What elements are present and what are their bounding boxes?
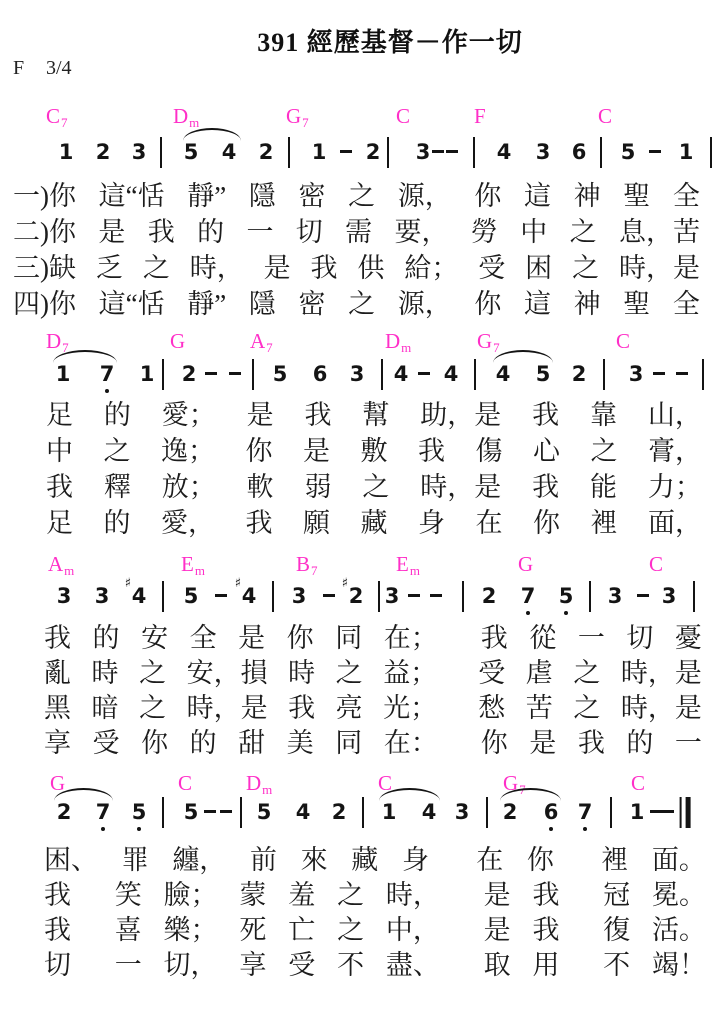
lyric-cell: 美 [287, 728, 314, 758]
lyric-cell: 同 [335, 623, 362, 653]
lyric-cell: 之 [573, 658, 600, 688]
sharp-accidental-icon: ♯ [125, 577, 131, 590]
lyric-cell: 享 [44, 728, 71, 758]
chord-quality: 7 [493, 340, 500, 355]
chord-root: D [246, 771, 261, 795]
octave-dot [564, 611, 568, 615]
lyric-row: 四)你這“恬靜”隱密之源，你這神聖全 [13, 289, 700, 319]
lyric-cell: 二)你 [13, 217, 76, 247]
lyric-cell: 我 [246, 508, 273, 538]
lyric-cell: 不 [603, 950, 630, 980]
lyric-cell: 身 [402, 845, 429, 875]
lyric-cell: 甜 [238, 728, 265, 758]
chord-symbol: C7 [46, 105, 68, 130]
lyric-cell: 願 [303, 508, 330, 538]
octave-dot [101, 827, 105, 831]
chord-quality: m [189, 115, 199, 130]
lyric-row: 中之逸；你是敷我傷心之膏， [46, 436, 702, 466]
note-extension-dash [653, 372, 665, 375]
note-extension-dash [323, 594, 335, 597]
lyric-cell: 切 [626, 623, 653, 653]
note-digit: 5 [132, 800, 147, 824]
lyric-cell: 隱 [249, 181, 276, 211]
lyric-cell: 我 [532, 472, 559, 502]
note-digit: 3 [629, 362, 644, 386]
bar-line [462, 581, 464, 612]
lyric-cell: 我 [148, 217, 175, 247]
note-digit: 2 [96, 140, 111, 164]
chord-root: C [46, 104, 60, 128]
lyric-row: 亂時之安，損時之益；受虐之時，是 [44, 658, 702, 688]
note-digit: 3 [292, 584, 307, 608]
lyric-cell: 愛； [162, 400, 216, 430]
lyric-cell: 三)缺 [13, 253, 76, 283]
lyric-cell: 羞 [288, 880, 315, 910]
chord-root: G [286, 104, 301, 128]
chord-root: A [250, 329, 265, 353]
note-digit: 5 [273, 362, 288, 386]
lyric-row: 三)缺乏之時，是我供給；受困之時，是 [13, 253, 700, 283]
note-digit: 5 [536, 362, 551, 386]
chord-symbol: Em [396, 553, 420, 578]
lyric-cell: 靜” [187, 181, 226, 211]
note-digit: 6 [544, 800, 559, 824]
lyric-cell: 冕。 [652, 880, 706, 910]
lyric-cell: 不 [337, 950, 364, 980]
chord-root: D [46, 329, 61, 353]
lyric-cell: 我 [532, 915, 559, 945]
note-digit: 1 [59, 140, 74, 164]
lyric-cell: 之 [591, 436, 618, 466]
lyric-cell: 時，是 [619, 253, 700, 283]
lyric-row: 足的愛，我願藏身在你裡面， [46, 508, 702, 538]
chord-quality: 7 [61, 115, 68, 130]
lyric-cell: 全 [673, 181, 700, 211]
lyric-cell: 樂； [164, 915, 218, 945]
chord-symbol: A7 [250, 330, 273, 355]
note-extension-dash [676, 372, 688, 375]
chord-root: C [598, 104, 612, 128]
lyric-row: 切一切，享受不盡、取用不竭！ [44, 950, 706, 980]
lyric-cell: 我 [44, 880, 71, 910]
time-signature: 3/4 [46, 57, 72, 80]
lyric-cell: 在 [476, 508, 503, 538]
lyric-cell: 切 [44, 950, 71, 980]
chord-quality: m [401, 340, 411, 355]
lyric-cell: 藏 [351, 845, 378, 875]
lyric-cell: 時，是 [621, 693, 702, 723]
bar-line [240, 797, 242, 828]
bar-line [603, 359, 605, 390]
lyric-cell: 需 [345, 217, 372, 247]
chord-symbol: Dm [385, 330, 411, 355]
lyric-cell: 能 [590, 472, 617, 502]
chord-symbol: G7 [286, 105, 309, 130]
chord-symbol: Dm [173, 105, 199, 130]
lyric-cell: 是 [484, 880, 511, 910]
lyric-cell: 源， [398, 181, 452, 211]
note-digit: 4 [444, 362, 459, 386]
lyric-cell: 乏 [96, 253, 123, 283]
lyric-cell: 是 [303, 436, 330, 466]
lyric-cell: 的 [93, 623, 120, 653]
lyric-cell: 我 [305, 400, 332, 430]
lyric-cell: 這 [524, 289, 551, 319]
note-digit: 2 [572, 362, 587, 386]
lyric-cell: 的 [197, 217, 224, 247]
chord-root: C [631, 771, 645, 795]
lyric-cell: 你 [533, 508, 560, 538]
lyric-cell: 的 [190, 728, 217, 758]
lyric-cell: 復 [603, 915, 630, 945]
bar-line [693, 581, 695, 612]
bar-line [252, 359, 254, 390]
chord-root: B [296, 552, 310, 576]
lyric-cell: 我 [532, 880, 559, 910]
note-digit: 1 [56, 362, 71, 386]
lyric-cell: 全 [190, 623, 217, 653]
lyric-cell: 面， [648, 508, 702, 538]
lyric-cell: 密 [298, 181, 325, 211]
octave-dot [549, 827, 553, 831]
lyric-cell: 我 [418, 436, 445, 466]
chord-quality: m [195, 563, 205, 578]
lyric-cell: 我 [481, 623, 508, 653]
lyric-cell: 一 [246, 217, 273, 247]
lyric-cell: 困、 [44, 845, 98, 875]
chord-symbol: G [518, 553, 533, 575]
lyric-cell: 虐 [526, 658, 553, 688]
note-digit: 3 [57, 584, 72, 608]
bar-line [162, 797, 164, 828]
lyric-cell: 中 [46, 436, 73, 466]
note-digit: 7 [96, 800, 111, 824]
chord-root: D [385, 329, 400, 353]
chord-quality: m [262, 782, 272, 797]
lyric-cell: 之 [572, 253, 599, 283]
lyric-cell: 聖 [623, 181, 650, 211]
lyric-cell: 之 [143, 253, 170, 283]
lyric-cell: 聖 [623, 289, 650, 319]
lyric-cell: 我 [44, 623, 71, 653]
lyric-cell: 在； [384, 623, 438, 653]
lyric-cell: 四)你 [13, 289, 76, 319]
lyric-cell: 一 [675, 728, 702, 758]
lyric-cell: 享 [239, 950, 266, 980]
lyric-row: 黑暗之時，是我亮光；愁苦之時，是 [44, 693, 702, 723]
chord-root: C [649, 552, 663, 576]
lyric-cell: 在 [476, 845, 503, 875]
note-digit: 4 [296, 800, 311, 824]
lyric-cell: 纏， [172, 845, 226, 875]
lyric-cell: 勞 [471, 217, 498, 247]
note-extension-dash [650, 810, 662, 813]
chord-symbol: Dm [246, 772, 272, 797]
lyric-cell: 心 [533, 436, 560, 466]
bar-line [589, 581, 591, 612]
lyric-cell: 時，是 [420, 472, 501, 502]
lyric-row: 我笑臉；蒙羞之時，是我冠冕。 [44, 880, 706, 910]
note-extension-dash [408, 594, 420, 597]
octave-dot [105, 389, 109, 393]
lyric-cell: 你 [287, 623, 314, 653]
lyric-cell: 前 [250, 845, 277, 875]
lyric-cell: 是 [529, 728, 556, 758]
lyric-cell: 受 [478, 253, 505, 283]
lyric-cell: 中 [520, 217, 547, 247]
lyric-cell: 一 [578, 623, 605, 653]
chord-symbol: C [616, 330, 630, 352]
note-digit: 2 [482, 584, 497, 608]
lyric-row: 一)你這“恬靜”隱密之源，你這神聖全 [13, 181, 700, 211]
chord-root: G [477, 329, 492, 353]
lyric-cell: 全 [673, 289, 700, 319]
chord-symbol: Am [48, 553, 74, 578]
note-digit: 1 [679, 140, 694, 164]
chord-symbol: D7 [46, 330, 69, 355]
bar-line [362, 797, 364, 828]
lyric-cell: 息，苦 [619, 217, 700, 247]
lyric-cell: 活。 [652, 915, 706, 945]
bar-line [702, 359, 704, 390]
note-digit: 5 [257, 800, 272, 824]
note-digit: 7 [100, 362, 115, 386]
bar-line [473, 137, 475, 168]
note-digit: 2 [503, 800, 518, 824]
note-digit: 4 [496, 362, 511, 386]
lyric-cell: 我 [311, 253, 338, 283]
lyric-cell: 的 [104, 508, 131, 538]
lyric-cell: 憂 [675, 623, 702, 653]
lyric-cell: 我 [578, 728, 605, 758]
note-digit: 3 [662, 584, 677, 608]
lyric-cell: 一)你 [13, 181, 76, 211]
note-digit: 1 [312, 140, 327, 164]
lyric-cell: 我 [46, 472, 73, 502]
lyric-cell: 我 [288, 693, 315, 723]
lyric-cell: 喜 [115, 915, 142, 945]
lyric-cell: 愁 [478, 693, 505, 723]
note-digit: 1 [140, 362, 155, 386]
lyric-cell: 你 [141, 728, 168, 758]
note-digit: 4 [394, 362, 409, 386]
bar-line [381, 359, 383, 390]
lyric-cell: 膏， [648, 436, 702, 466]
lyric-cell: 是 [98, 217, 125, 247]
bar-line [272, 581, 274, 612]
chord-symbol: C [396, 105, 410, 127]
chord-symbol: B7 [296, 553, 318, 578]
note-digit: 4 [422, 800, 437, 824]
lyric-row: 足的愛；是我幫助，是我靠山， [46, 400, 702, 430]
lyric-cell: 敷 [361, 436, 388, 466]
lyric-cell: 之 [104, 436, 131, 466]
lyric-cell: 足 [46, 400, 73, 430]
lyric-cell: 亡 [288, 915, 315, 945]
lyric-cell: 安，損 [187, 658, 268, 688]
bar-line [610, 797, 612, 828]
lyric-cell: 黑 [44, 693, 71, 723]
sharp-accidental-icon: ♯ [235, 577, 241, 590]
bar-line [160, 137, 162, 168]
final-bar-line [680, 797, 691, 828]
lyric-cell: 足 [46, 508, 73, 538]
lyric-cell: 隱 [249, 289, 276, 319]
note-extension-dash [649, 150, 661, 153]
lyric-cell: 力； [648, 472, 702, 502]
note-digit: 5 [559, 584, 574, 608]
chord-symbol: C [178, 772, 192, 794]
lyric-cell: 這 [524, 181, 551, 211]
lyric-cell: 竭！ [652, 950, 706, 980]
lyric-cell: 是 [264, 253, 291, 283]
note-digit: 2 [366, 140, 381, 164]
bar-line [474, 359, 476, 390]
lyric-cell: 罪 [122, 845, 149, 875]
octave-dot [583, 827, 587, 831]
lyric-cell: 軟 [247, 472, 274, 502]
note-digit: 3 [95, 584, 110, 608]
note-digit: 5 [184, 140, 199, 164]
lyric-cell: 靠 [590, 400, 617, 430]
lyric-cell: 這“恬 [99, 181, 165, 211]
bar-line [162, 581, 164, 612]
lyric-cell: 受 [93, 728, 120, 758]
chord-quality: 7 [311, 563, 318, 578]
lyric-cell: 切 [296, 217, 323, 247]
lyric-cell: 這“恬 [99, 289, 165, 319]
lyric-cell: 身 [418, 508, 445, 538]
lyric-cell: 面。 [652, 845, 706, 875]
key-signature: F [13, 57, 24, 80]
note-digit: 4 [222, 140, 237, 164]
lyric-cell: 之 [362, 472, 389, 502]
note-digit: 7 [578, 800, 593, 824]
lyric-cell: 同 [335, 728, 362, 758]
lyric-cell: 之 [139, 658, 166, 688]
lyric-cell: 之 [139, 693, 166, 723]
note-digit: 7 [521, 584, 536, 608]
lyric-row: 我喜樂；死亡之中，是我復活。 [44, 915, 706, 945]
lyric-cell: 是 [484, 915, 511, 945]
note-digit: 2 [259, 140, 274, 164]
lyric-cell: 你 [246, 436, 273, 466]
lyric-cell: 之 [573, 693, 600, 723]
lyric-cell: 你 [481, 728, 508, 758]
lyric-cell: 蒙 [239, 880, 266, 910]
lyric-cell: 用 [532, 950, 559, 980]
bar-line [600, 137, 602, 168]
lyric-row: 我的安全是你同在；我從一切憂 [44, 623, 702, 653]
lyric-row: 二)你是我的一切需要，勞中之息，苦 [13, 217, 700, 247]
lyric-cell: 之 [348, 289, 375, 319]
note-extension-dash [662, 810, 674, 813]
note-digit: 1 [382, 800, 397, 824]
chord-symbol: Em [181, 553, 205, 578]
sharp-accidental-icon: ♯ [342, 577, 348, 590]
chord-quality: 7 [302, 115, 309, 130]
chord-root: A [48, 552, 63, 576]
note-extension-dash [205, 372, 217, 375]
note-extension-dash [340, 150, 352, 153]
lyric-cell: 時 [288, 658, 315, 688]
lyric-cell: 我 [532, 400, 559, 430]
lyric-cell: 我 [44, 915, 71, 945]
note-digit: 2 [332, 800, 347, 824]
lyric-cell: 臉； [164, 880, 218, 910]
octave-dot [526, 611, 530, 615]
note-digit: 2 [57, 800, 72, 824]
note-extension-dash [204, 810, 216, 813]
lyric-cell: 亮 [336, 693, 363, 723]
lyric-cell: 助，是 [420, 400, 501, 430]
note-digit: 3 [536, 140, 551, 164]
lyric-cell: 給； [404, 253, 458, 283]
lyric-cell: 的 [626, 728, 653, 758]
lyric-cell: 裡 [601, 845, 628, 875]
chord-symbol: C [631, 772, 645, 794]
chord-symbol: C [649, 553, 663, 575]
lyric-cell: 傷 [476, 436, 503, 466]
note-digit: 4 [132, 584, 147, 608]
hymn-sheet-page: 391 經歷基督－作一切 F 3/4 C7DmG7CFC 12354212343… [0, 0, 726, 1014]
lyric-row: 享受你的甜美同在：你是我的一 [44, 728, 702, 758]
note-digit: 4 [497, 140, 512, 164]
lyric-cell: 之 [348, 181, 375, 211]
lyric-cell: 在： [384, 728, 438, 758]
lyric-cell: 源， [398, 289, 452, 319]
lyric-cell: 弱 [305, 472, 332, 502]
lyric-cell: 時 [92, 658, 119, 688]
lyric-cell: 之 [570, 217, 597, 247]
lyric-cell: 光； [383, 693, 437, 723]
note-digit: 3 [416, 140, 431, 164]
lyric-cell: 冠 [603, 880, 630, 910]
bar-line [710, 137, 712, 168]
lyric-cell: 之 [336, 658, 363, 688]
note-digit: 3 [608, 584, 623, 608]
lyric-row: 我釋放；軟弱之時，是我能力； [46, 472, 702, 502]
chord-root: D [173, 104, 188, 128]
lyric-cell: 時，是 [621, 658, 702, 688]
note-extension-dash [220, 810, 232, 813]
note-extension-dash [446, 150, 458, 153]
note-digit: 1 [630, 800, 645, 824]
note-extension-dash [637, 594, 649, 597]
chord-quality: m [410, 563, 420, 578]
bar-line [387, 137, 389, 168]
chord-root: G [170, 329, 185, 353]
chord-root: E [181, 552, 194, 576]
chord-symbol: G [170, 330, 185, 352]
lyric-cell: 盡、 [386, 950, 440, 980]
lyric-cell: 暗 [92, 693, 119, 723]
lyric-cell: 取 [484, 950, 511, 980]
lyric-cell: 藏 [361, 508, 388, 538]
hymn-title: 391 經歷基督－作一切 [27, 22, 726, 59]
lyric-cell: 時， [190, 253, 244, 283]
lyric-cell: 你 [527, 845, 554, 875]
lyric-cell: 切， [164, 950, 218, 980]
lyric-cell: 幫 [362, 400, 389, 430]
chord-root: E [396, 552, 409, 576]
octave-dot [137, 827, 141, 831]
lyric-cell: 逸； [161, 436, 215, 466]
chord-root: G [518, 552, 533, 576]
lyric-cell: 亂 [44, 658, 71, 688]
note-digit: 3 [350, 362, 365, 386]
chord-symbol: F [474, 105, 486, 127]
